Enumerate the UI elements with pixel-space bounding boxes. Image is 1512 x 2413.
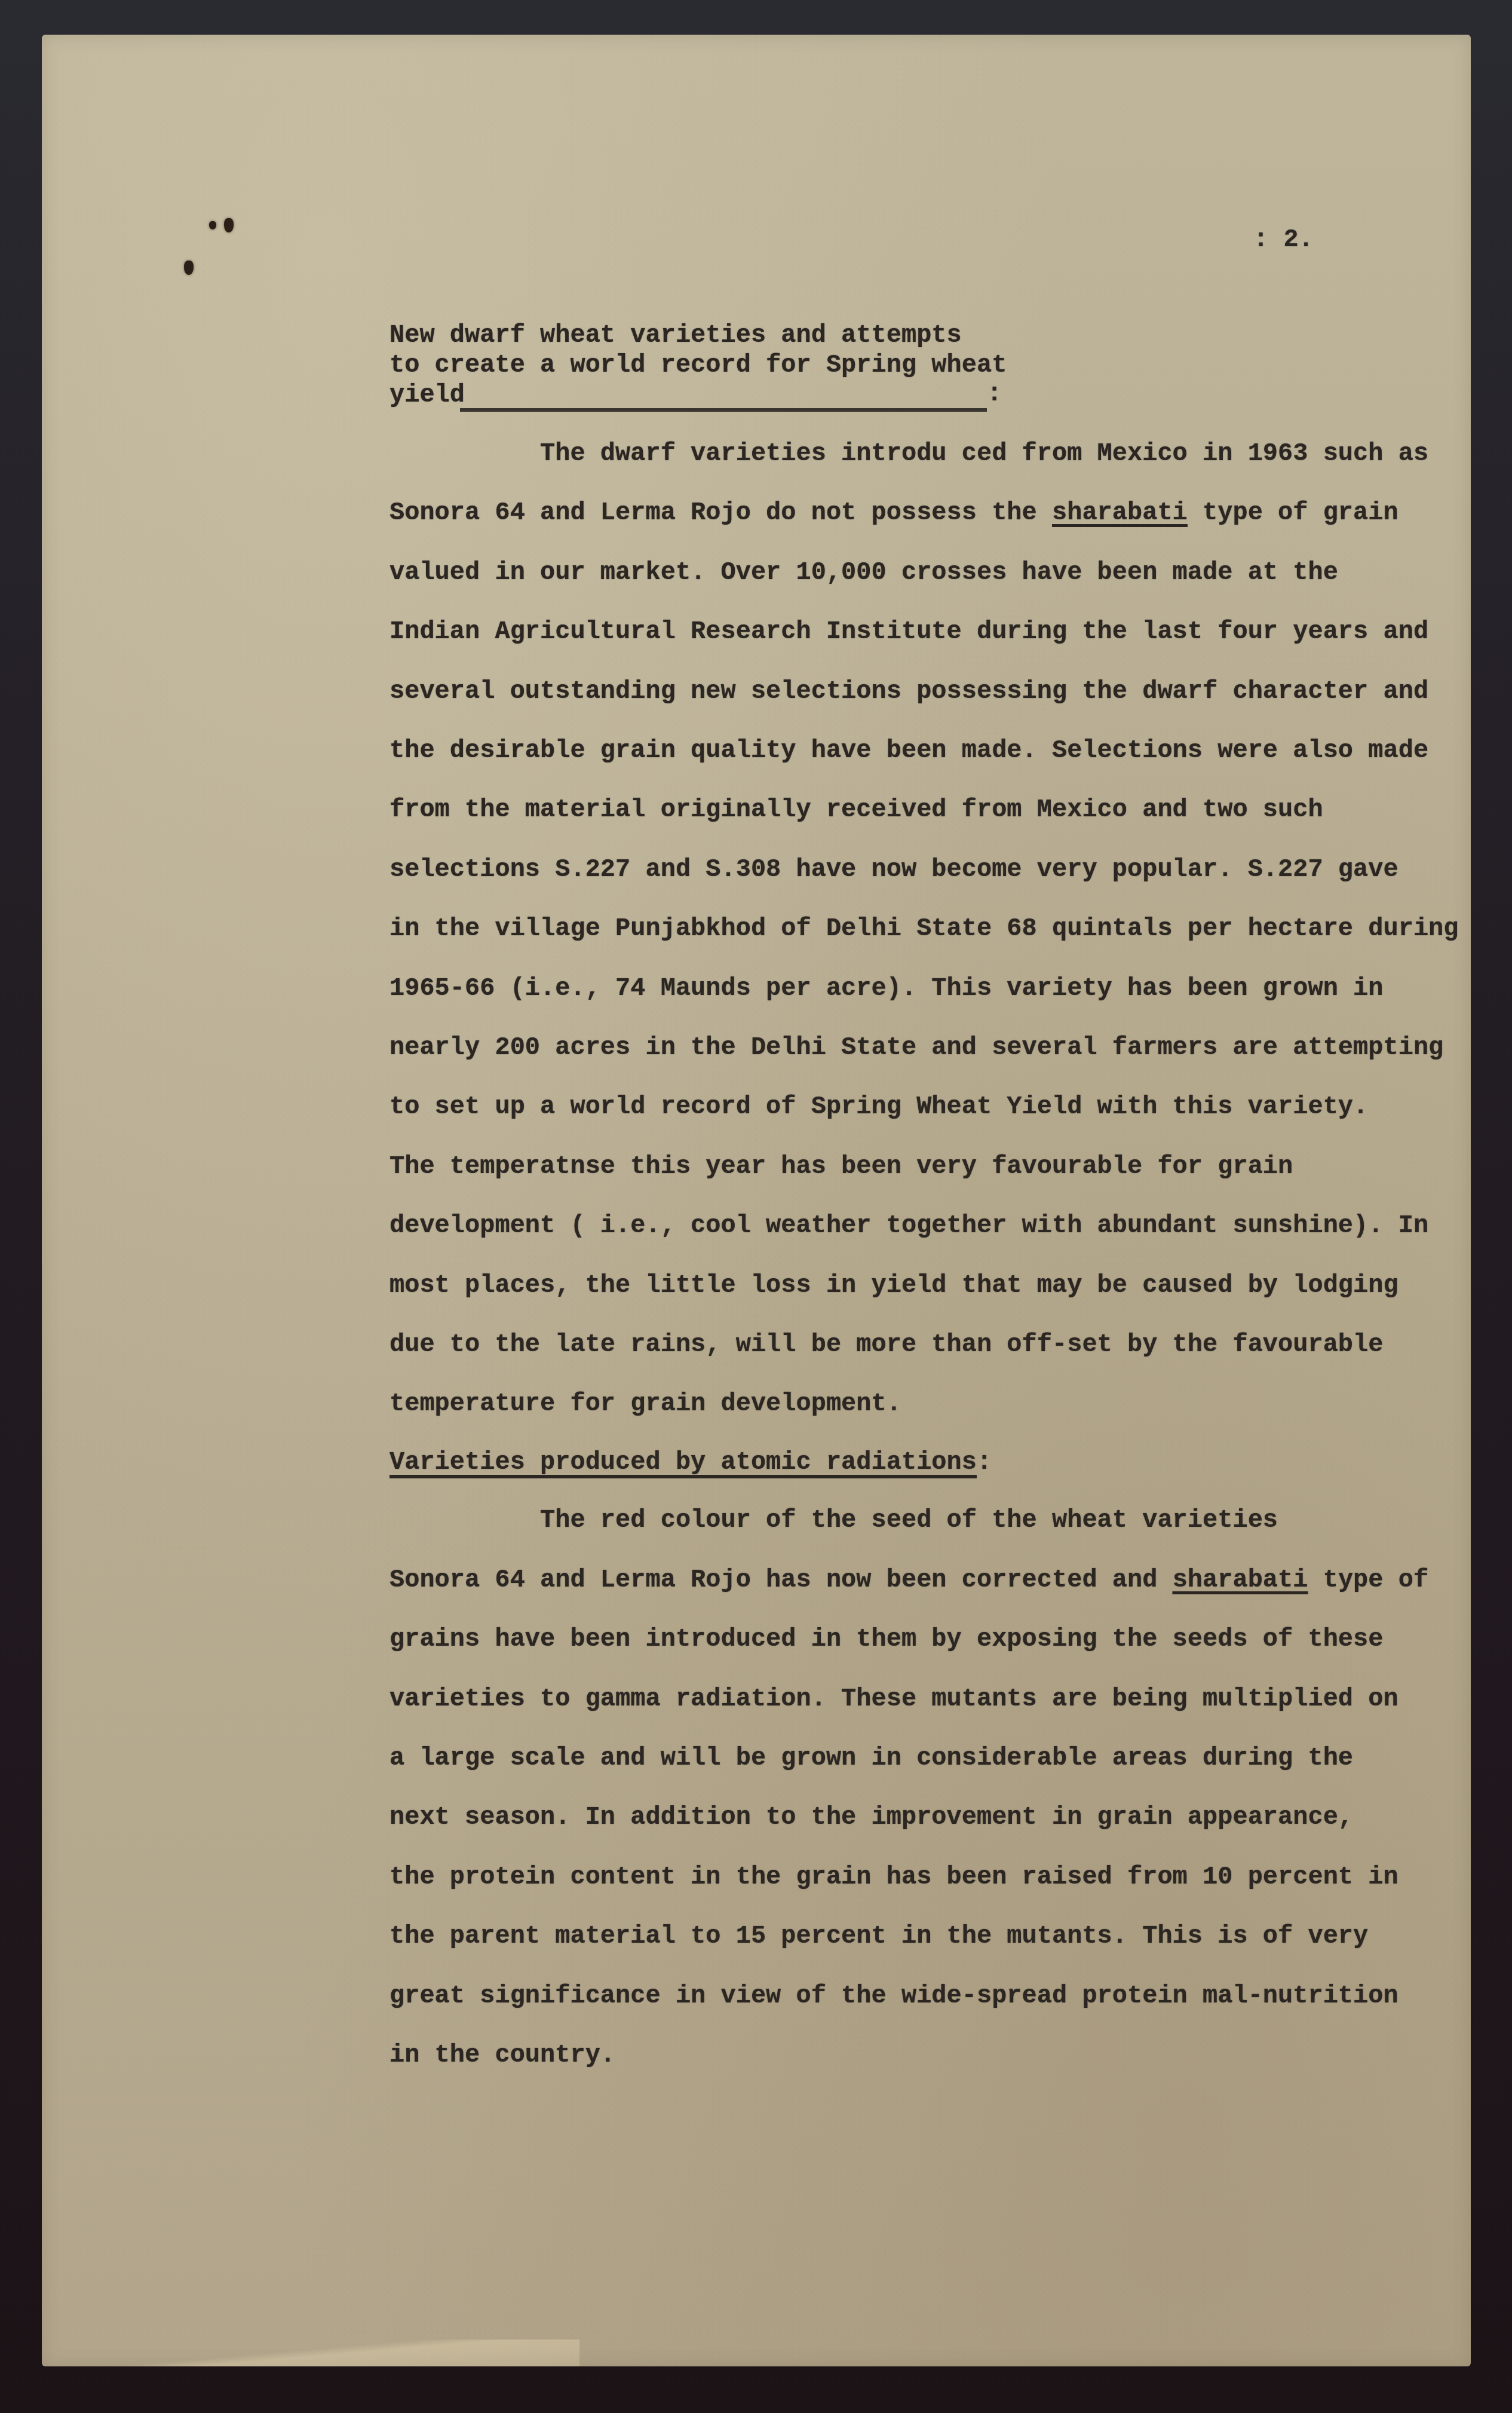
line-segment: type of grain <box>1188 498 1398 527</box>
heading-line-3: yield <box>389 382 465 408</box>
staple-hole-icon <box>209 221 216 229</box>
line-segment: Sonora 64 and Lerma Rojo do not possess … <box>389 498 1052 527</box>
paper-fold-highlight <box>42 2339 579 2366</box>
section-2-line: the parent material to 15 percent in the… <box>389 1924 1368 1949</box>
paragraph-1-line: nearly 200 acres in the Delhi State and … <box>389 1035 1443 1060</box>
underlined-term: sharabati <box>1052 498 1188 527</box>
line-segment: Sonora 64 and Lerma Rojo has now been co… <box>389 1566 1173 1594</box>
paragraph-1-line: several outstanding new selections posse… <box>389 679 1428 704</box>
section-heading: Varieties produced by atomic radiations: <box>389 1450 992 1475</box>
section-2-line: grains have been introduced in them by e… <box>389 1627 1383 1652</box>
section-2-line: great significance in view of the wide-s… <box>389 1983 1398 2008</box>
section-2-line: the protein content in the grain has bee… <box>389 1864 1398 1890</box>
section-2-line: varieties to gamma radiation. These muta… <box>389 1686 1398 1711</box>
section-heading-text: Varieties produced by atomic radiations <box>389 1448 977 1477</box>
staple-hole-icon <box>184 261 194 275</box>
paragraph-1-line: temperature for grain development. <box>389 1391 901 1416</box>
section-2-line: The red colour of the seed of the wheat … <box>389 1508 1278 1533</box>
paragraph-1-line: in the village Punjabkhod of Delhi State… <box>389 916 1459 941</box>
section-2-line: next season. In addition to the improvem… <box>389 1805 1353 1830</box>
paragraph-1-line: The temperatnse this year has been very … <box>389 1154 1293 1179</box>
section-heading-colon: : <box>977 1448 992 1477</box>
staple-hole-icon <box>224 218 234 232</box>
underlined-term: sharabati <box>1173 1566 1308 1594</box>
page-number: : 2. <box>1253 227 1314 252</box>
paragraph-1-line: Indian Agricultural Research Institute d… <box>389 619 1428 644</box>
heading-line-2: to create a world record for Spring whea… <box>389 353 1007 378</box>
paragraph-1-line: most places, the little loss in yield th… <box>389 1273 1398 1298</box>
section-2-line: a large scale and will be grown in consi… <box>389 1746 1353 1771</box>
typewritten-page <box>42 35 1471 2366</box>
paragraph-1-line: development ( i.e., cool weather togethe… <box>389 1213 1428 1238</box>
paragraph-1-line: valued in our market. Over 10,000 crosse… <box>389 560 1338 585</box>
section-2-line: in the country. <box>389 2043 615 2068</box>
heading-line-1: New dwarf wheat varieties and attempts <box>389 323 962 348</box>
paragraph-1-line: from the material originally received fr… <box>389 797 1323 822</box>
heading-colon: : <box>987 381 1002 406</box>
paragraph-1-line: to set up a world record of Spring Wheat… <box>389 1094 1368 1119</box>
paragraph-1-line: The dwarf varieties introdu ced from Mex… <box>389 441 1428 466</box>
heading-underline-rule <box>460 408 987 412</box>
paragraph-1-line: due to the late rains, will be more than… <box>389 1332 1383 1357</box>
line-segment: type of <box>1308 1566 1428 1594</box>
paragraph-1-line: 1965-66 (i.e., 74 Maunds per acre). This… <box>389 976 1383 1001</box>
paragraph-1-line: the desirable grain quality have been ma… <box>389 738 1428 763</box>
paragraph-1-line: Sonora 64 and Lerma Rojo do not possess … <box>389 500 1398 525</box>
paragraph-1-line: selections S.227 and S.308 have now beco… <box>389 857 1398 882</box>
section-2-line: Sonora 64 and Lerma Rojo has now been co… <box>389 1567 1428 1593</box>
